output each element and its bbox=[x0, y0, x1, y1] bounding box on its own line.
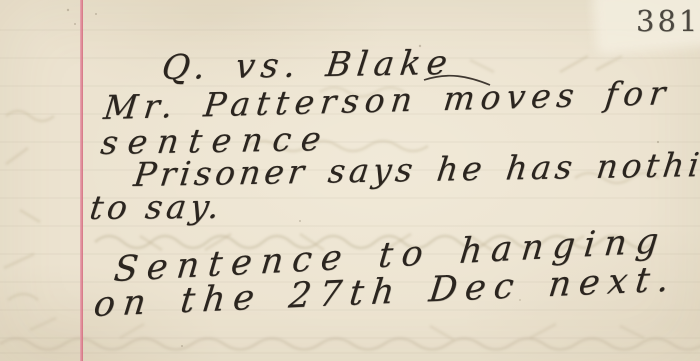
red-margin-line bbox=[80, 0, 83, 361]
ledger-page: 381 Q. vs. Blake Mr. Patterson moves for… bbox=[0, 0, 700, 361]
page-number: 381 bbox=[636, 4, 700, 38]
record-line-4: to say. bbox=[87, 187, 225, 227]
